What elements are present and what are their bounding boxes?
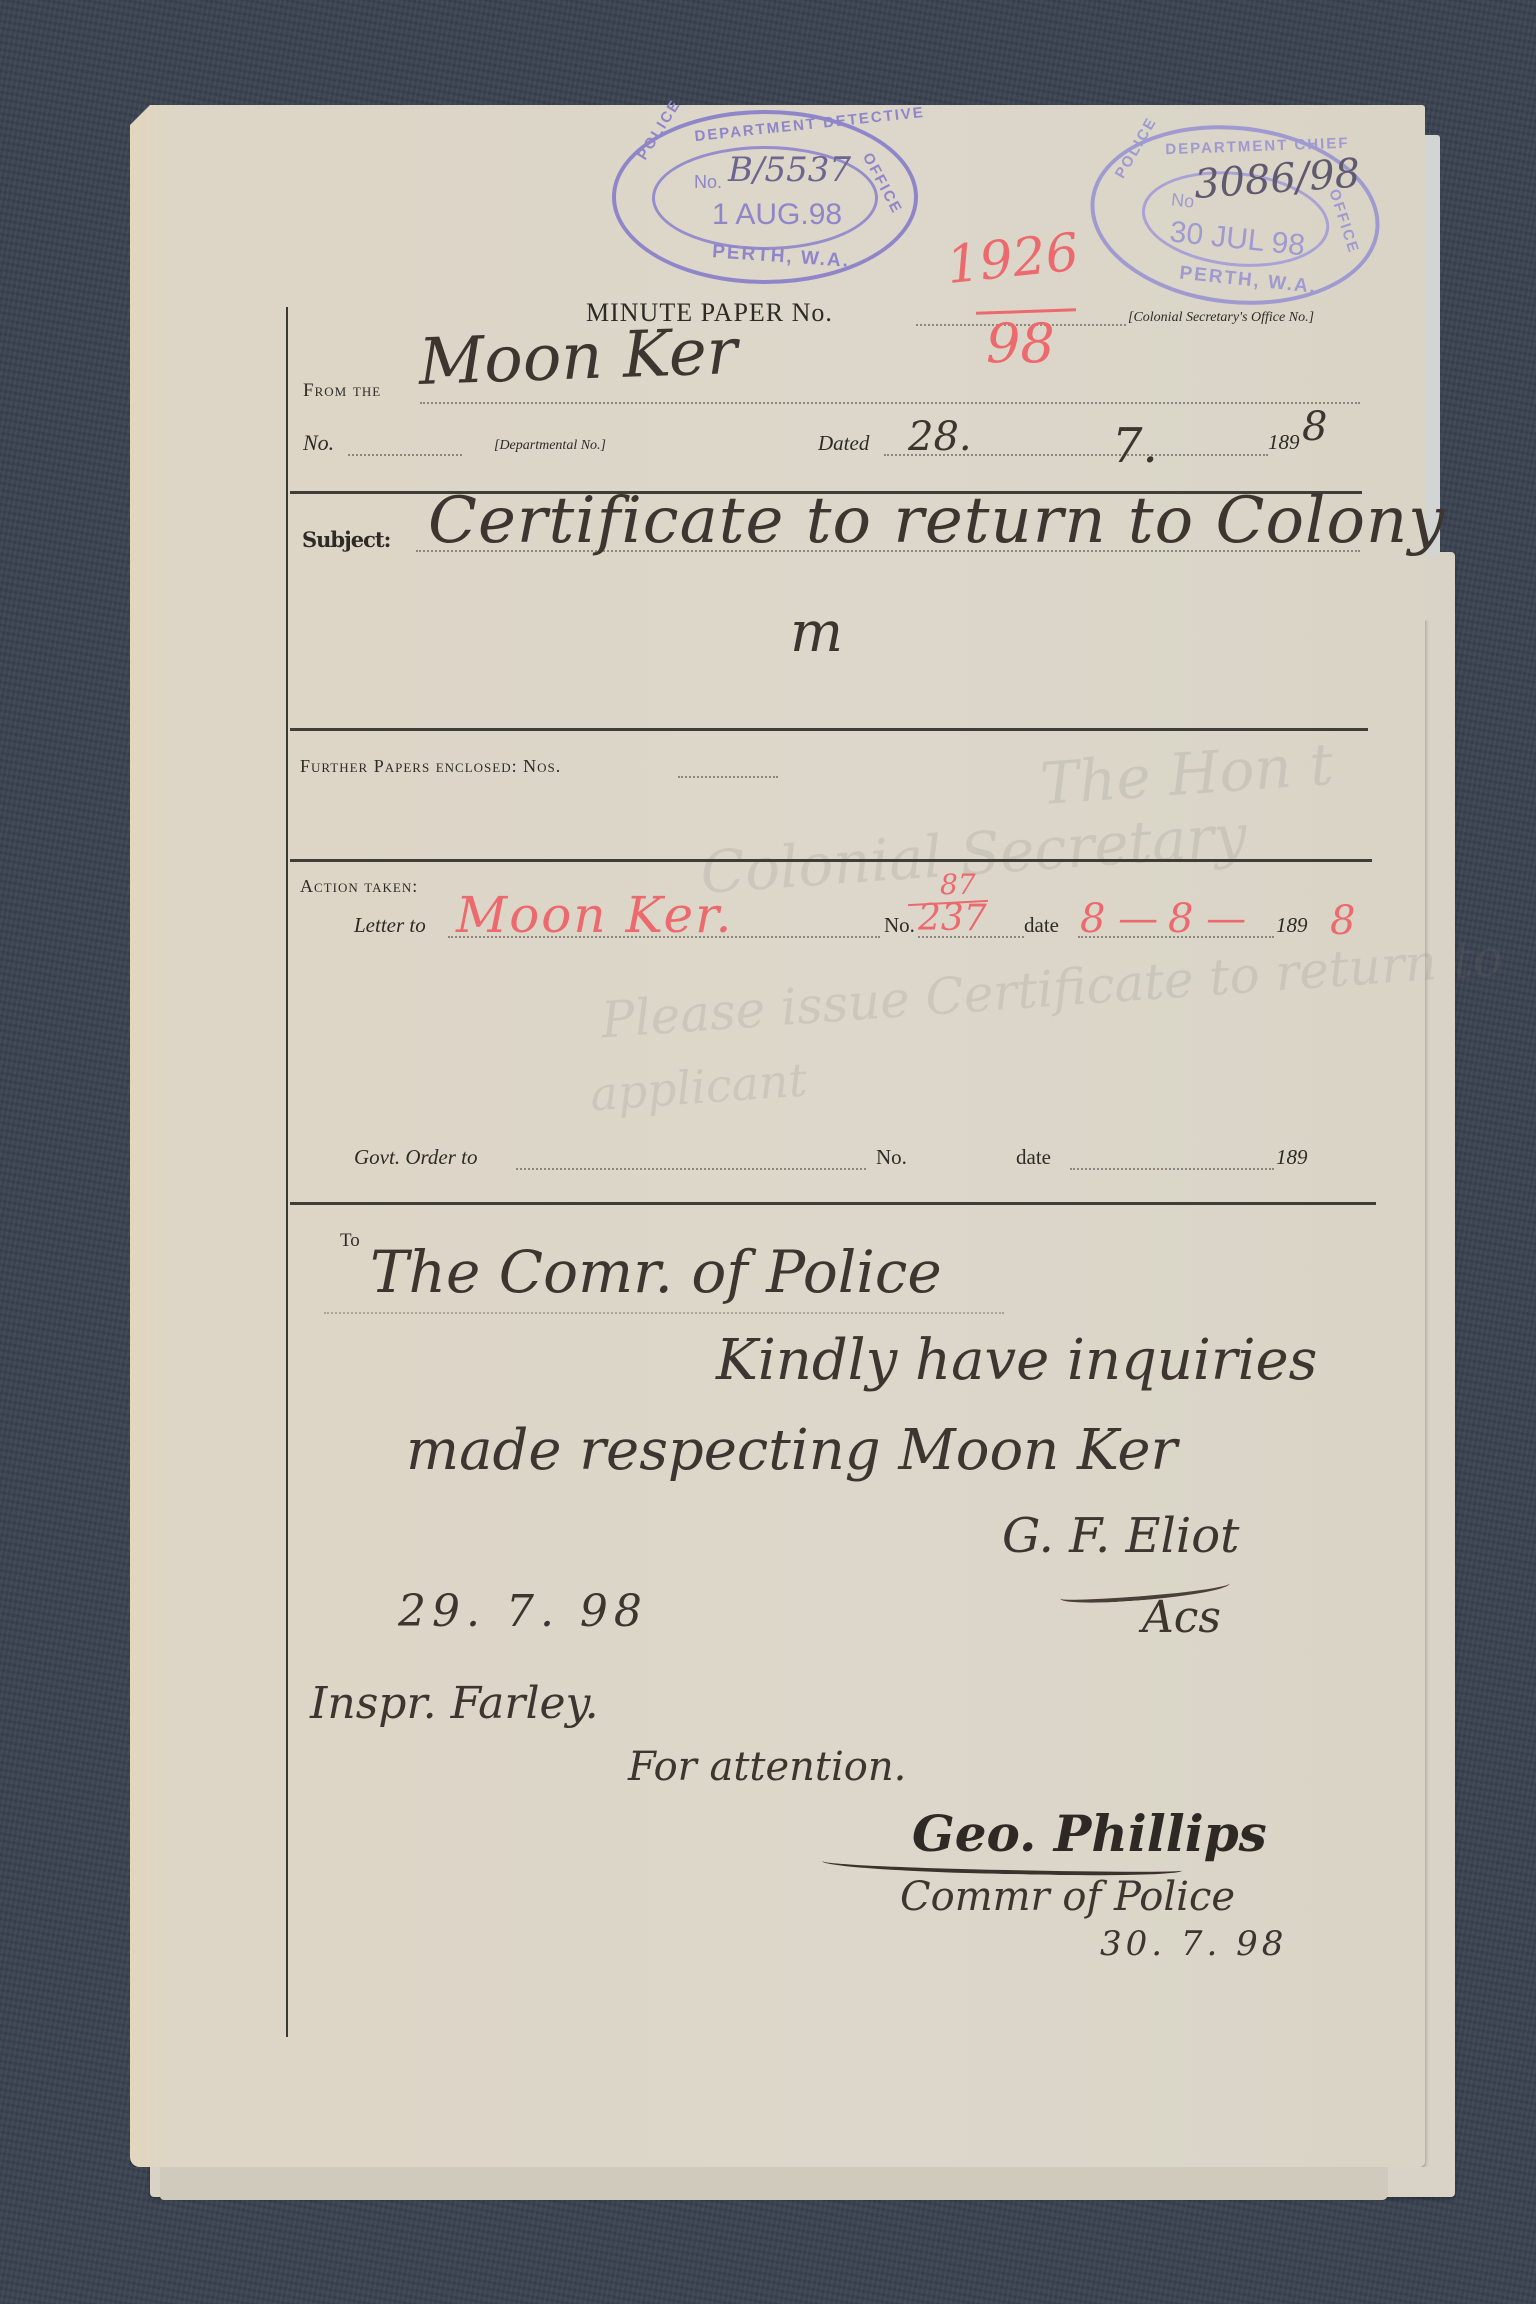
stamp-ring-bottom: PERTH, W.A.	[1178, 263, 1318, 299]
action-taken-label: Action taken:	[300, 876, 418, 897]
stamp-no-label: No.	[694, 172, 722, 193]
departmental-no-note: [Departmental No.]	[494, 438, 606, 454]
govt-order-date-label: date	[1016, 1145, 1051, 1170]
dated-day: 28.	[908, 414, 972, 460]
endorsement-instruction: For attention.	[628, 1744, 906, 1790]
stamp-ring-bottom: PERTH, W.A.	[711, 241, 850, 273]
minute-signature-title: Acs	[1142, 1592, 1221, 1643]
minute-addressee: The Comr. of Police	[370, 1238, 942, 1306]
govt-order-line	[516, 1168, 866, 1170]
action-no-label: No.	[884, 913, 915, 938]
govt-order-label: Govt. Order to	[354, 1145, 477, 1170]
action-date-day: 8 —	[1080, 896, 1158, 942]
minute-date: 29. 7. 98	[398, 1586, 648, 1637]
action-no-top: 87	[940, 868, 976, 901]
action-date-label: date	[1024, 913, 1059, 938]
minute-line2: made respecting Moon Ker	[406, 1418, 1177, 1483]
colonial-office-note: [Colonial Secretary's Office No.]	[1128, 310, 1314, 326]
departmental-no-line	[348, 454, 462, 456]
further-papers-line	[678, 776, 778, 778]
stamp-no-label: No	[1170, 189, 1195, 212]
govt-order-no-label: No.	[876, 1145, 907, 1170]
action-no-line	[918, 936, 1024, 938]
dated-year-suffix: 8	[1302, 404, 1327, 450]
govt-order-year-prefix: 189	[1276, 1145, 1308, 1170]
from-line	[420, 402, 1360, 404]
to-line	[324, 1312, 1004, 1314]
letter-to-value: Moon Ker.	[456, 886, 733, 944]
action-year-suffix: 8	[1330, 898, 1355, 944]
endorsement-signature: Geo. Phillips	[912, 1804, 1267, 1863]
section-divider	[290, 728, 1368, 731]
minute-signature: G. F. Eliot	[1002, 1508, 1239, 1564]
further-papers-label: Further Papers enclosed: Nos.	[300, 756, 561, 777]
endorsement-title: Commr of Police	[900, 1874, 1235, 1920]
govt-order-date-line	[1070, 1168, 1274, 1170]
dated-year-prefix: 189	[1268, 430, 1300, 455]
departmental-no-label: No.	[303, 430, 334, 456]
endorsement-date: 30. 7. 98	[1100, 1924, 1287, 1964]
from-value: Moon Ker	[417, 315, 738, 400]
dated-label: Dated	[818, 431, 869, 456]
subject-label: Subject:	[302, 527, 390, 552]
to-label: To	[340, 1230, 360, 1252]
subject-line2: m	[790, 600, 843, 665]
subject-line1: Certificate to return to Colony	[428, 484, 1445, 558]
action-date-month: 8 —	[1168, 896, 1246, 942]
minute-line1: Kindly have inquiries	[716, 1328, 1317, 1393]
police-detective-office-stamp: POLICE DEPARTMENT DETECTIVE OFFICE PERTH…	[612, 110, 918, 284]
section-divider	[290, 859, 1372, 862]
action-no-bottom: 237	[918, 898, 987, 939]
dated-month: 7.	[1112, 418, 1158, 474]
section-divider	[290, 1202, 1376, 1205]
margin-rule	[286, 307, 288, 2037]
endorsement-to: Inspr. Farley.	[310, 1678, 599, 1729]
action-year-prefix: 189	[1276, 913, 1308, 938]
stamp-date: 1 AUG.98	[712, 198, 842, 232]
paper-number-bottom: 98	[986, 312, 1055, 375]
from-label: From the	[303, 380, 381, 402]
stamp-number: B/5537	[728, 150, 851, 190]
letter-to-label: Letter to	[354, 913, 426, 938]
